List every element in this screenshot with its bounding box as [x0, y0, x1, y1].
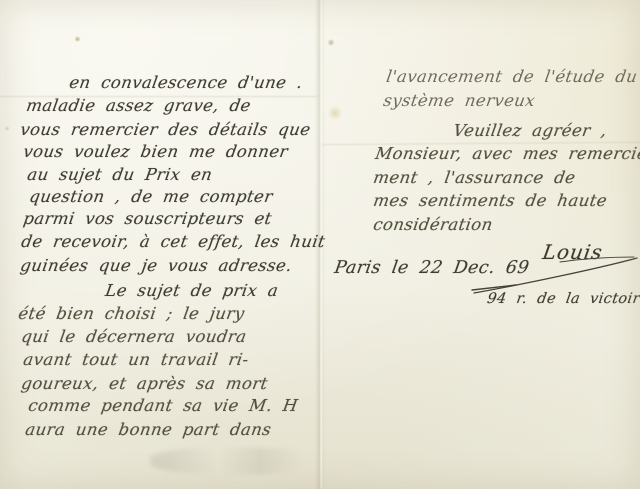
handwritten-line: vous voulez bien me donner — [22, 142, 289, 161]
handwritten-line: parmi vos souscripteurs et — [22, 209, 273, 228]
handwritten-line: ment , l'assurance de — [372, 168, 577, 187]
handwritten-line: maladie assez grave, de — [25, 96, 252, 115]
handwritten-line: été bien choisi ; le jury — [17, 304, 246, 323]
handwritten-line: considération — [372, 215, 494, 234]
foxing-spot — [327, 39, 335, 46]
ink-showthrough — [150, 448, 320, 474]
handwritten-line: avant tout un travail ri- — [22, 350, 250, 369]
signature: Louis — [541, 240, 605, 264]
letter-photo: en convalescence d'une . maladie assez g… — [0, 0, 640, 489]
handwritten-line: goureux, et après sa mort — [20, 374, 269, 393]
handwritten-line: Monsieur, avec mes remercie= — [374, 144, 640, 163]
handwritten-line: mes sentiments de haute — [372, 191, 609, 210]
handwritten-line: système nerveux — [382, 91, 537, 110]
handwritten-line: qui le décernera voudra — [20, 327, 248, 346]
foxing-spot — [74, 36, 81, 42]
foxing-spot — [4, 126, 10, 131]
handwritten-line: de recevoir, à cet effet, les huit — [20, 232, 327, 251]
handwritten-line: Veuillez agréer , — [452, 121, 608, 140]
dateline: Paris le 22 Dec. 69 — [333, 258, 531, 278]
handwritten-line: Le sujet de prix a — [104, 281, 280, 300]
foxing-spot — [327, 106, 343, 120]
handwritten-line: l'avancement de l'étude du — [385, 67, 639, 86]
handwritten-line: en convalescence d'une . — [68, 73, 304, 92]
handwritten-line: guinées que je vous adresse. — [19, 256, 293, 275]
handwritten-line: au sujet du Prix en — [26, 165, 214, 184]
handwritten-line: vous remercier des détails que — [19, 120, 312, 139]
handwritten-line: comme pendant sa vie M. H — [27, 396, 299, 415]
address-line: 94 r. de la victoire — [486, 291, 640, 307]
handwritten-line: aura une bonne part dans — [24, 420, 273, 439]
handwritten-line: question , de me compter — [28, 187, 274, 206]
